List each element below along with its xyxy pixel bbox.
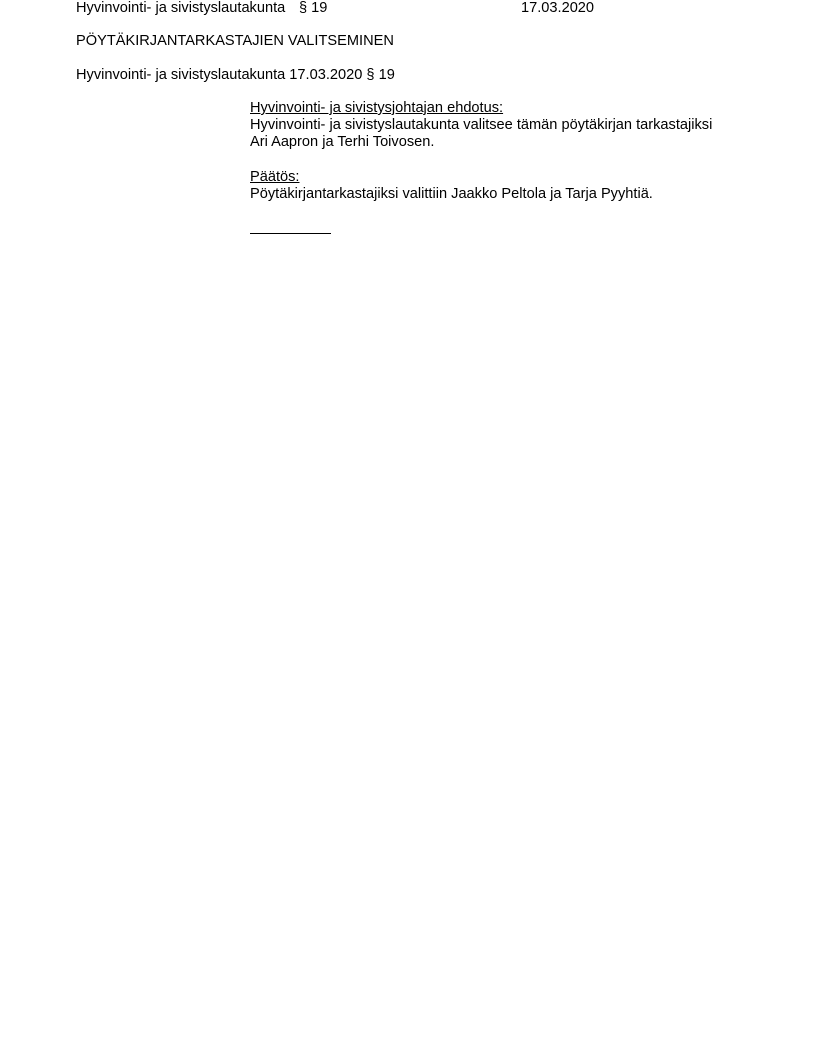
proposal-line: Hyvinvointi- ja sivistyslautakunta valit… [250, 117, 712, 134]
header-body-name: Hyvinvointi- ja sivistyslautakunta [76, 0, 285, 17]
proposal-heading: Hyvinvointi- ja sivistysjohtajan ehdotus… [250, 100, 712, 117]
meeting-reference: Hyvinvointi- ja sivistyslautakunta 17.03… [76, 67, 395, 84]
proposal-section: Hyvinvointi- ja sivistysjohtajan ehdotus… [250, 100, 712, 151]
header-section-number: § 19 [299, 0, 327, 17]
proposal-line: Ari Aapron ja Terhi Toivosen. [250, 134, 712, 151]
document-title: PÖYTÄKIRJANTARKASTAJIEN VALITSEMINEN [76, 33, 394, 50]
decision-line: Pöytäkirjantarkastajiksi valittiin Jaakk… [250, 186, 653, 203]
decision-section: Päätös: Pöytäkirjantarkastajiksi valitti… [250, 169, 653, 203]
section-separator [250, 233, 331, 234]
header-date: 17.03.2020 [521, 0, 594, 17]
decision-heading: Päätös: [250, 169, 653, 186]
